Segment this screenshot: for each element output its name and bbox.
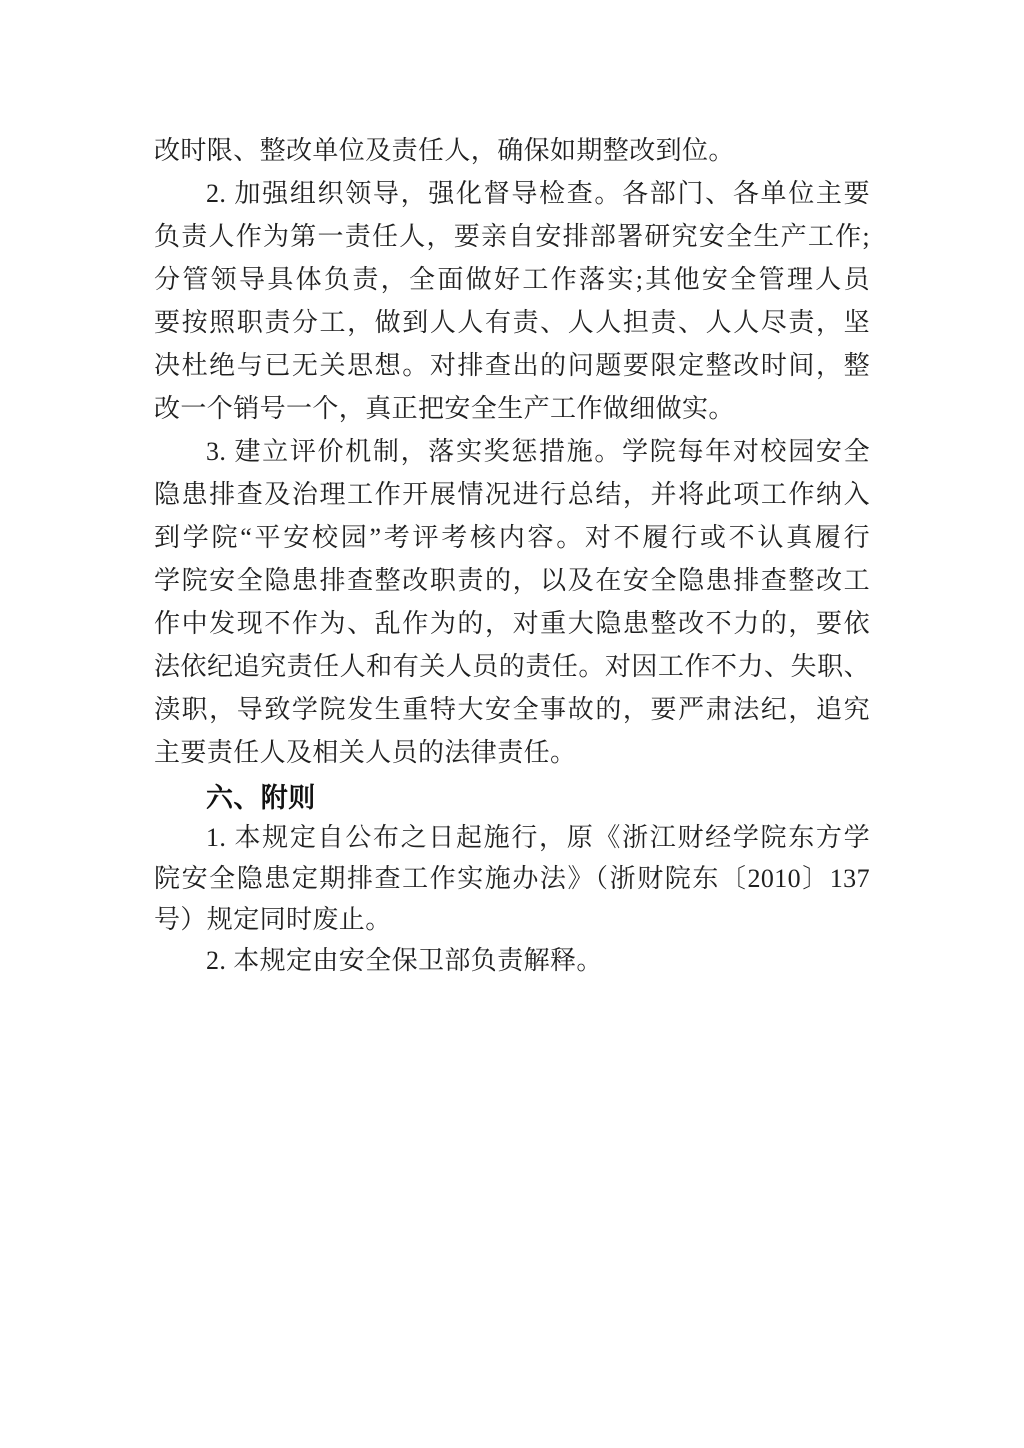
document-line: 作中发现不作为、乱作为的，对重大隐患整改不力的，要依 [154,602,870,645]
section-heading: 六、附则 [154,777,870,820]
document-line: 院安全隐患定期排查工作实施办法》（浙财院东〔2010〕137 [154,858,870,899]
document-line: 法依纪追究责任人和有关人员的责任。对因工作不力、失职、 [154,645,870,688]
document-line: 渎职，导致学院发生重特大安全事故的，要严肃法纪，追究 [154,688,870,731]
document-line: 学院安全隐患排查整改职责的，以及在安全隐患排查整改工 [154,559,870,602]
document-line: 改一个销号一个，真正把安全生产工作做细做实。 [154,387,870,430]
document-text-block: 改时限、整改单位及责任人，确保如期整改到位。 2. 加强组织领导，强化督导检查。… [154,129,870,981]
document-line: 2. 加强组织领导，强化督导检查。各部门、各单位主要 [154,172,870,215]
document-line: 决杜绝与已无关思想。对排查出的问题要限定整改时间，整 [154,344,870,387]
document-line: 改时限、整改单位及责任人，确保如期整改到位。 [154,129,870,172]
document-line: 要按照职责分工，做到人人有责、人人担责、人人尽责，坚 [154,301,870,344]
document-line: 分管领导具体负责，全面做好工作落实;其他安全管理人员 [154,258,870,301]
document-line: 负责人作为第一责任人，要亲自安排部署研究安全生产工作; [154,215,870,258]
document-line: 隐患排查及治理工作开展情况进行总结，并将此项工作纳入 [154,473,870,516]
document-line: 3. 建立评价机制，落实奖惩措施。学院每年对校园安全 [154,430,870,473]
document-line: 号）规定同时废止。 [154,899,870,940]
document-line: 主要责任人及相关人员的法律责任。 [154,731,870,774]
document-line: 1. 本规定自公布之日起施行，原《浙江财经学院东方学 [154,817,870,858]
document-line: 到学院“平安校园”考评考核内容。对不履行或不认真履行 [154,516,870,559]
document-line: 2. 本规定由安全保卫部负责解释。 [154,940,870,981]
document-page: 改时限、整改单位及责任人，确保如期整改到位。 2. 加强组织领导，强化督导检查。… [0,0,1024,1448]
